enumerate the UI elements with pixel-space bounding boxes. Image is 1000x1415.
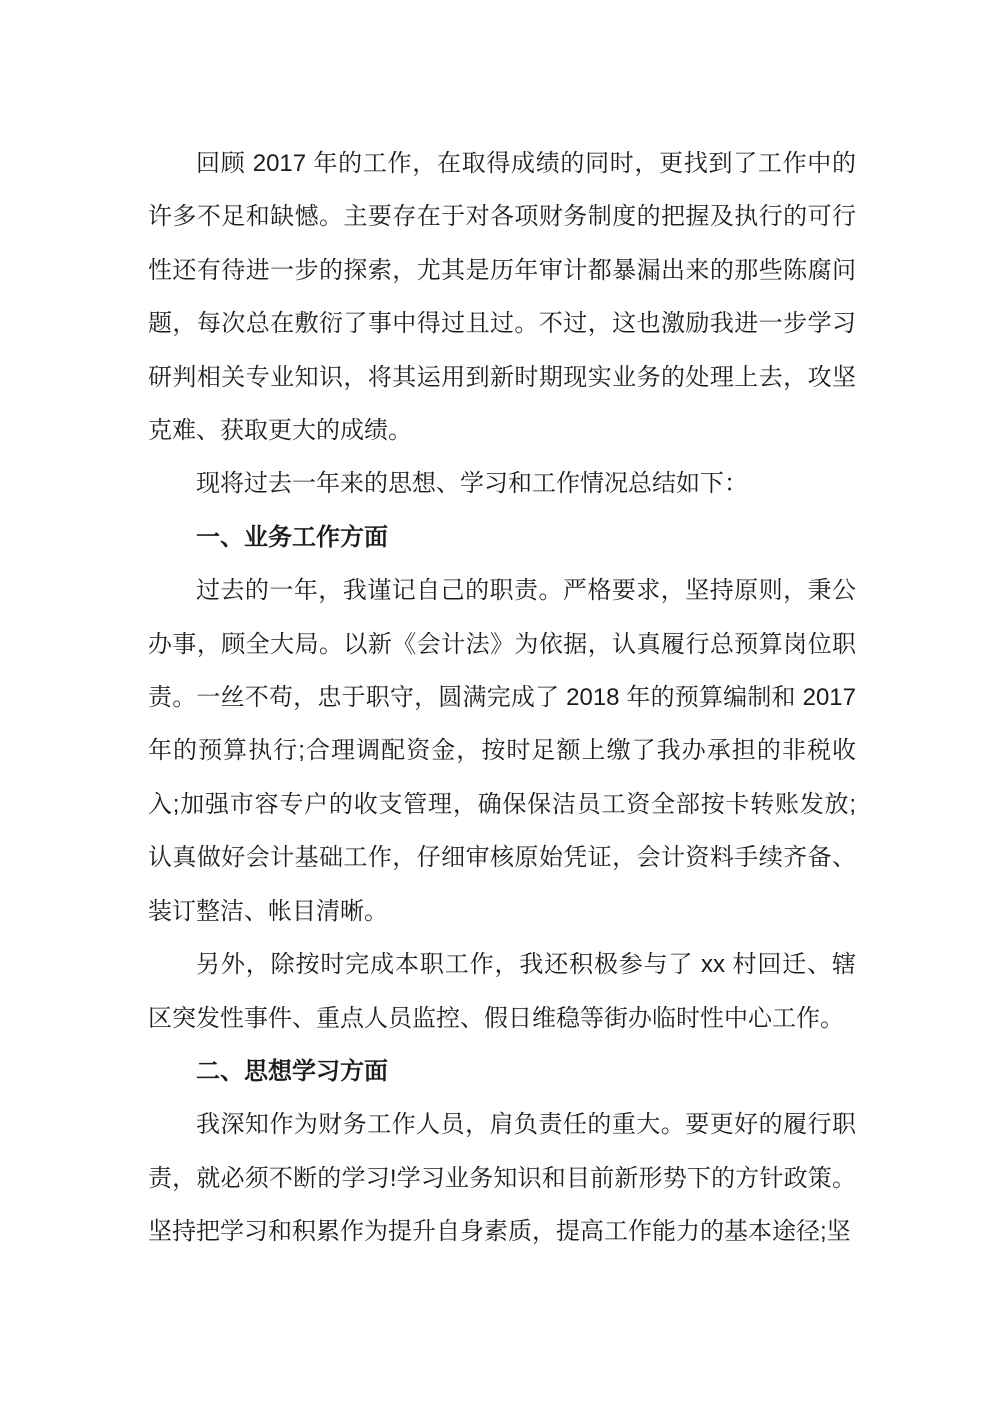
paragraph-summary-intro: 现将过去一年来的思想、学习和工作情况总结如下： — [148, 457, 856, 510]
section-heading-ideology-study: 二、思想学习方面 — [148, 1045, 856, 1098]
document-page: 回顾 2017 年的工作，在取得成绩的同时，更找到了工作中的许多不足和缺憾。主要… — [0, 0, 1000, 1415]
paragraph-extra-duties: 另外，除按时完成本职工作，我还积极参与了 xx 村回迁、辖区突发性事件、重点人员… — [148, 938, 856, 1045]
paragraph-ideology-study: 我深知作为财务工作人员，肩负责任的重大。要更好的履行职责，就必须不断的学习!学习… — [148, 1098, 856, 1258]
document-body: 回顾 2017 年的工作，在取得成绩的同时，更找到了工作中的许多不足和缺憾。主要… — [148, 137, 856, 1259]
section-heading-business-work: 一、业务工作方面 — [148, 511, 856, 564]
paragraph-review-2017: 回顾 2017 年的工作，在取得成绩的同时，更找到了工作中的许多不足和缺憾。主要… — [148, 137, 856, 457]
paragraph-business-work: 过去的一年，我谨记自己的职责。严格要求，坚持原则，秉公办事，顾全大局。以新《会计… — [148, 564, 856, 938]
